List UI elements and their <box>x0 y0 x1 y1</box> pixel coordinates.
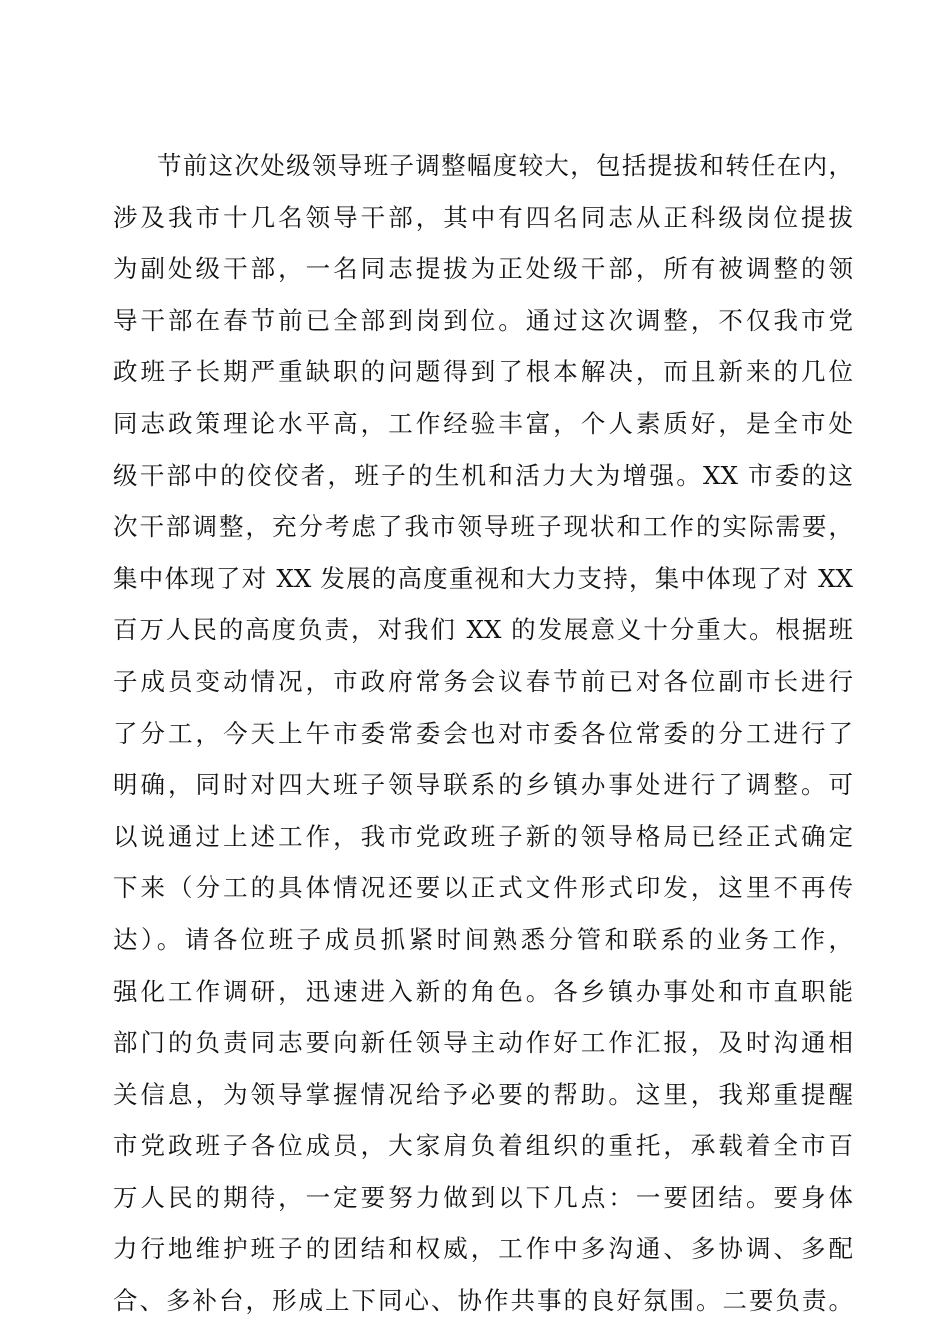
paragraph-line: 了分工，今天上午市委常委会也对市委各位常委的分工进行了 <box>113 708 853 760</box>
paragraph-line: 市党政班子各位成员，大家肩负着组织的重托，承载着全市百 <box>113 1120 853 1172</box>
body-paragraph: 节前这次处级领导班子调整幅度较大，包括提拔和转任在内， 涉及我市十几名领导干部，… <box>113 140 853 1327</box>
paragraph-line: 关信息，为领导掌握情况给予必要的帮助。这里，我郑重提醒 <box>113 1069 853 1121</box>
paragraph-line: 涉及我市十几名领导干部，其中有四名同志从正科级岗位提拔 <box>113 192 853 244</box>
paragraph-line: 百万人民的高度负责，对我们 XX 的发展意义十分重大。根据班 <box>113 604 853 656</box>
paragraph-line: 明确，同时对四大班子领导联系的乡镇办事处进行了调整。可 <box>113 759 853 811</box>
paragraph-line: 合、多补台，形成上下同心、协作共事的良好氛围。二要负责。 <box>113 1275 853 1327</box>
paragraph-line: 导干部在春节前已全部到岗到位。通过这次调整，不仅我市党 <box>113 295 853 347</box>
paragraph-line: 力行地维护班子的团结和权威，工作中多沟通、多协调、多配 <box>113 1223 853 1275</box>
document-page: 节前这次处级领导班子调整幅度较大，包括提拔和转任在内， 涉及我市十几名领导干部，… <box>0 0 950 1344</box>
paragraph-line: 级干部中的佼佼者，班子的生机和活力大为增强。XX 市委的这 <box>113 450 853 502</box>
paragraph-line: 次干部调整，充分考虑了我市领导班子现状和工作的实际需要， <box>113 501 853 553</box>
paragraph-line: 以说通过上述工作，我市党政班子新的领导格局已经正式确定 <box>113 811 853 863</box>
paragraph-line: 政班子长期严重缺职的问题得到了根本解决，而且新来的几位 <box>113 346 853 398</box>
paragraph-line: 强化工作调研，迅速进入新的角色。各乡镇办事处和市直职能 <box>113 966 853 1018</box>
paragraph-line: 节前这次处级领导班子调整幅度较大，包括提拔和转任在内， <box>113 140 853 192</box>
paragraph-line: 子成员变动情况，市政府常务会议春节前已对各位副市长进行 <box>113 656 853 708</box>
paragraph-line: 达）。请各位班子成员抓紧时间熟悉分管和联系的业务工作， <box>113 914 853 966</box>
paragraph-line: 集中体现了对 XX 发展的高度重视和大力支持，集中体现了对 XX <box>113 553 853 605</box>
paragraph-line: 万人民的期待，一定要努力做到以下几点：一要团结。要身体 <box>113 1172 853 1224</box>
paragraph-line: 为副处级干部，一名同志提拔为正处级干部，所有被调整的领 <box>113 243 853 295</box>
paragraph-line: 同志政策理论水平高，工作经验丰富，个人素质好，是全市处 <box>113 398 853 450</box>
paragraph-line: 部门的负责同志要向新任领导主动作好工作汇报，及时沟通相 <box>113 1017 853 1069</box>
paragraph-line: 下来（分工的具体情况还要以正式文件形式印发，这里不再传 <box>113 862 853 914</box>
